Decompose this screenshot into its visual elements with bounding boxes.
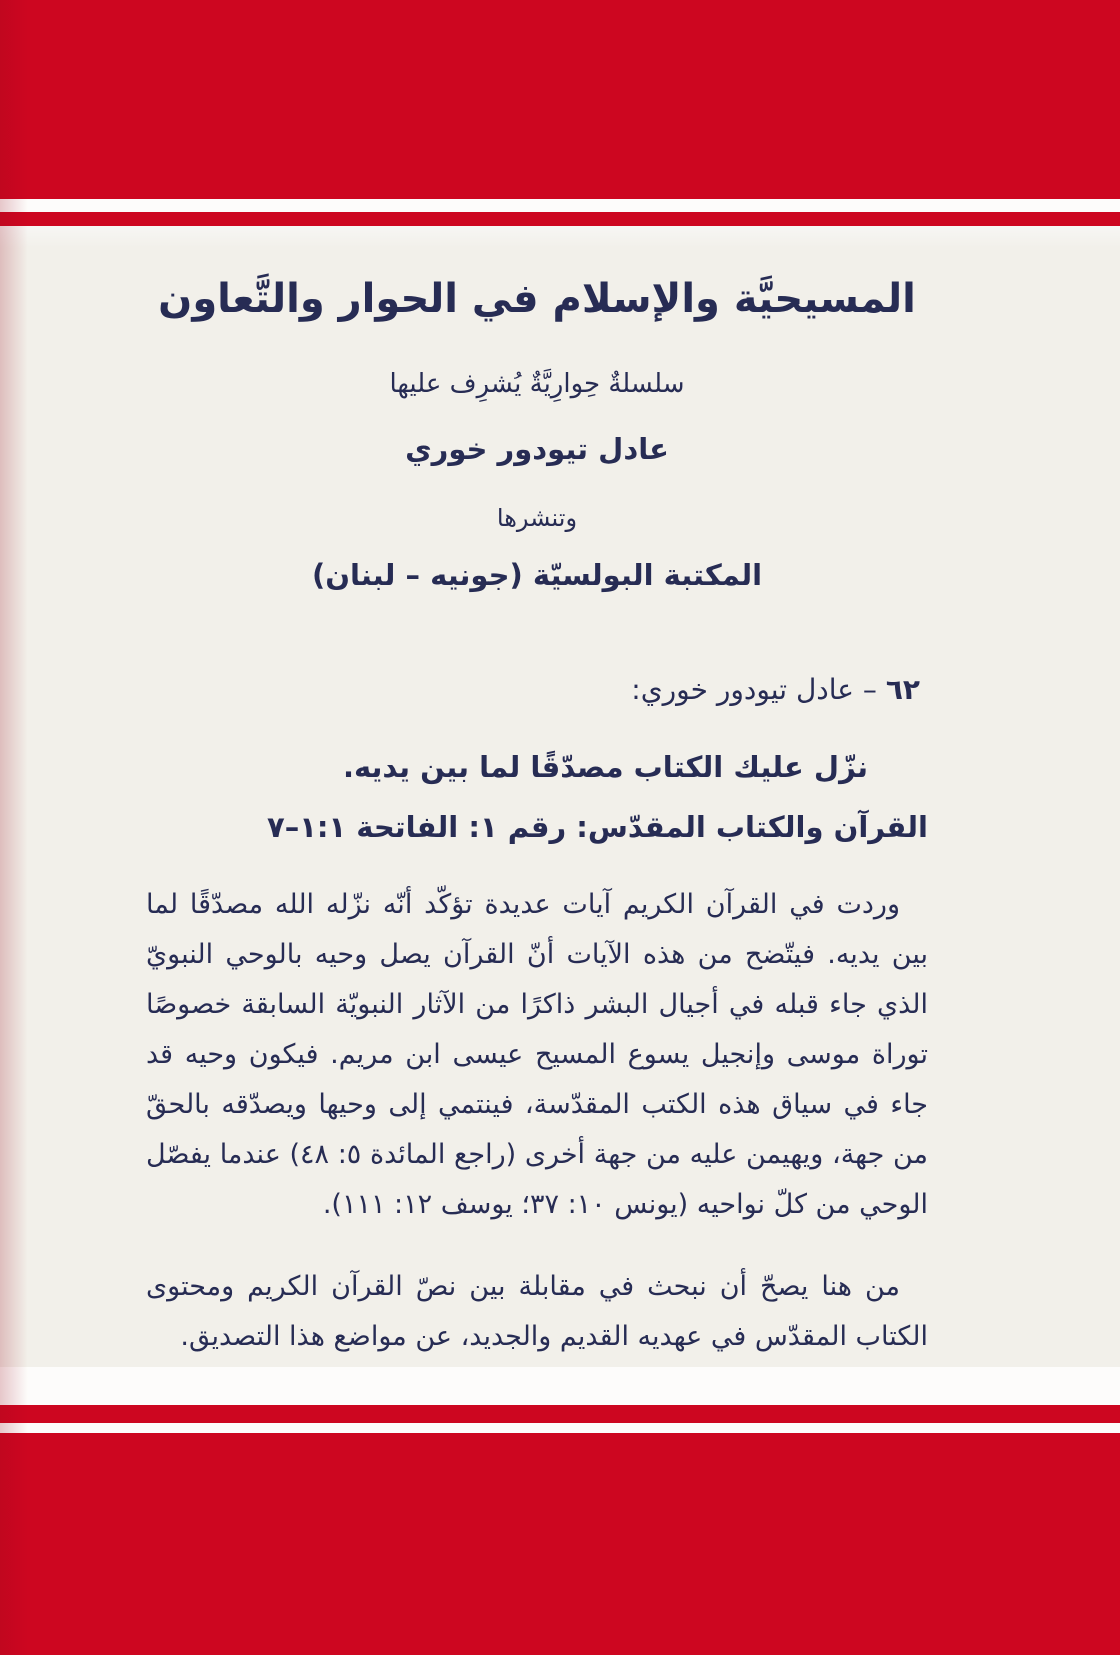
bottom-white-stripe <box>0 1423 1120 1433</box>
book-title: نزّل عليك الكتاب مصدّقًا لما بين يديه. <box>146 744 928 790</box>
entry-heading: ٦٢ – عادل تيودور خوري: <box>146 668 928 712</box>
series-title: المسيحيَّة والإسلام في الحوار والتَّعاون <box>146 226 928 330</box>
cover-text-panel: المسيحيَّة والإسلام في الحوار والتَّعاون… <box>0 226 1120 1367</box>
series-editor-name: عادل تيودور خوري <box>146 426 928 472</box>
description-paragraph-2: من هنا يصحّ أن نبحث في مقابلة بين نصّ ال… <box>146 1262 928 1362</box>
bottom-white-gap <box>0 1367 1120 1405</box>
publisher-intro: وتنشرها <box>146 498 928 538</box>
publisher-name: المكتبة البولسيّة (جونيه – لبنان) <box>146 552 928 598</box>
entry-number: ٦٢ <box>886 673 920 706</box>
book-reference: القرآن والكتاب المقدّس: رقم ١: الفاتحة ١… <box>146 804 928 850</box>
top-red-band <box>0 0 1120 199</box>
bottom-red-stripe <box>0 1405 1120 1423</box>
entry-author-name: عادل تيودور خوري: <box>631 673 854 706</box>
series-subtitle: سلسلةٌ حِوارِيَّةٌ يُشرِف عليها <box>146 362 928 406</box>
book-back-cover: المسيحيَّة والإسلام في الحوار والتَّعاون… <box>0 0 1120 1655</box>
description-paragraph-1: وردت في القرآن الكريم آيات عديدة تؤكّد أ… <box>146 880 928 1230</box>
top-red-stripe <box>0 212 1120 226</box>
top-white-stripe <box>0 199 1120 212</box>
bottom-red-band <box>0 1433 1120 1655</box>
entry-dash: – <box>863 673 877 706</box>
